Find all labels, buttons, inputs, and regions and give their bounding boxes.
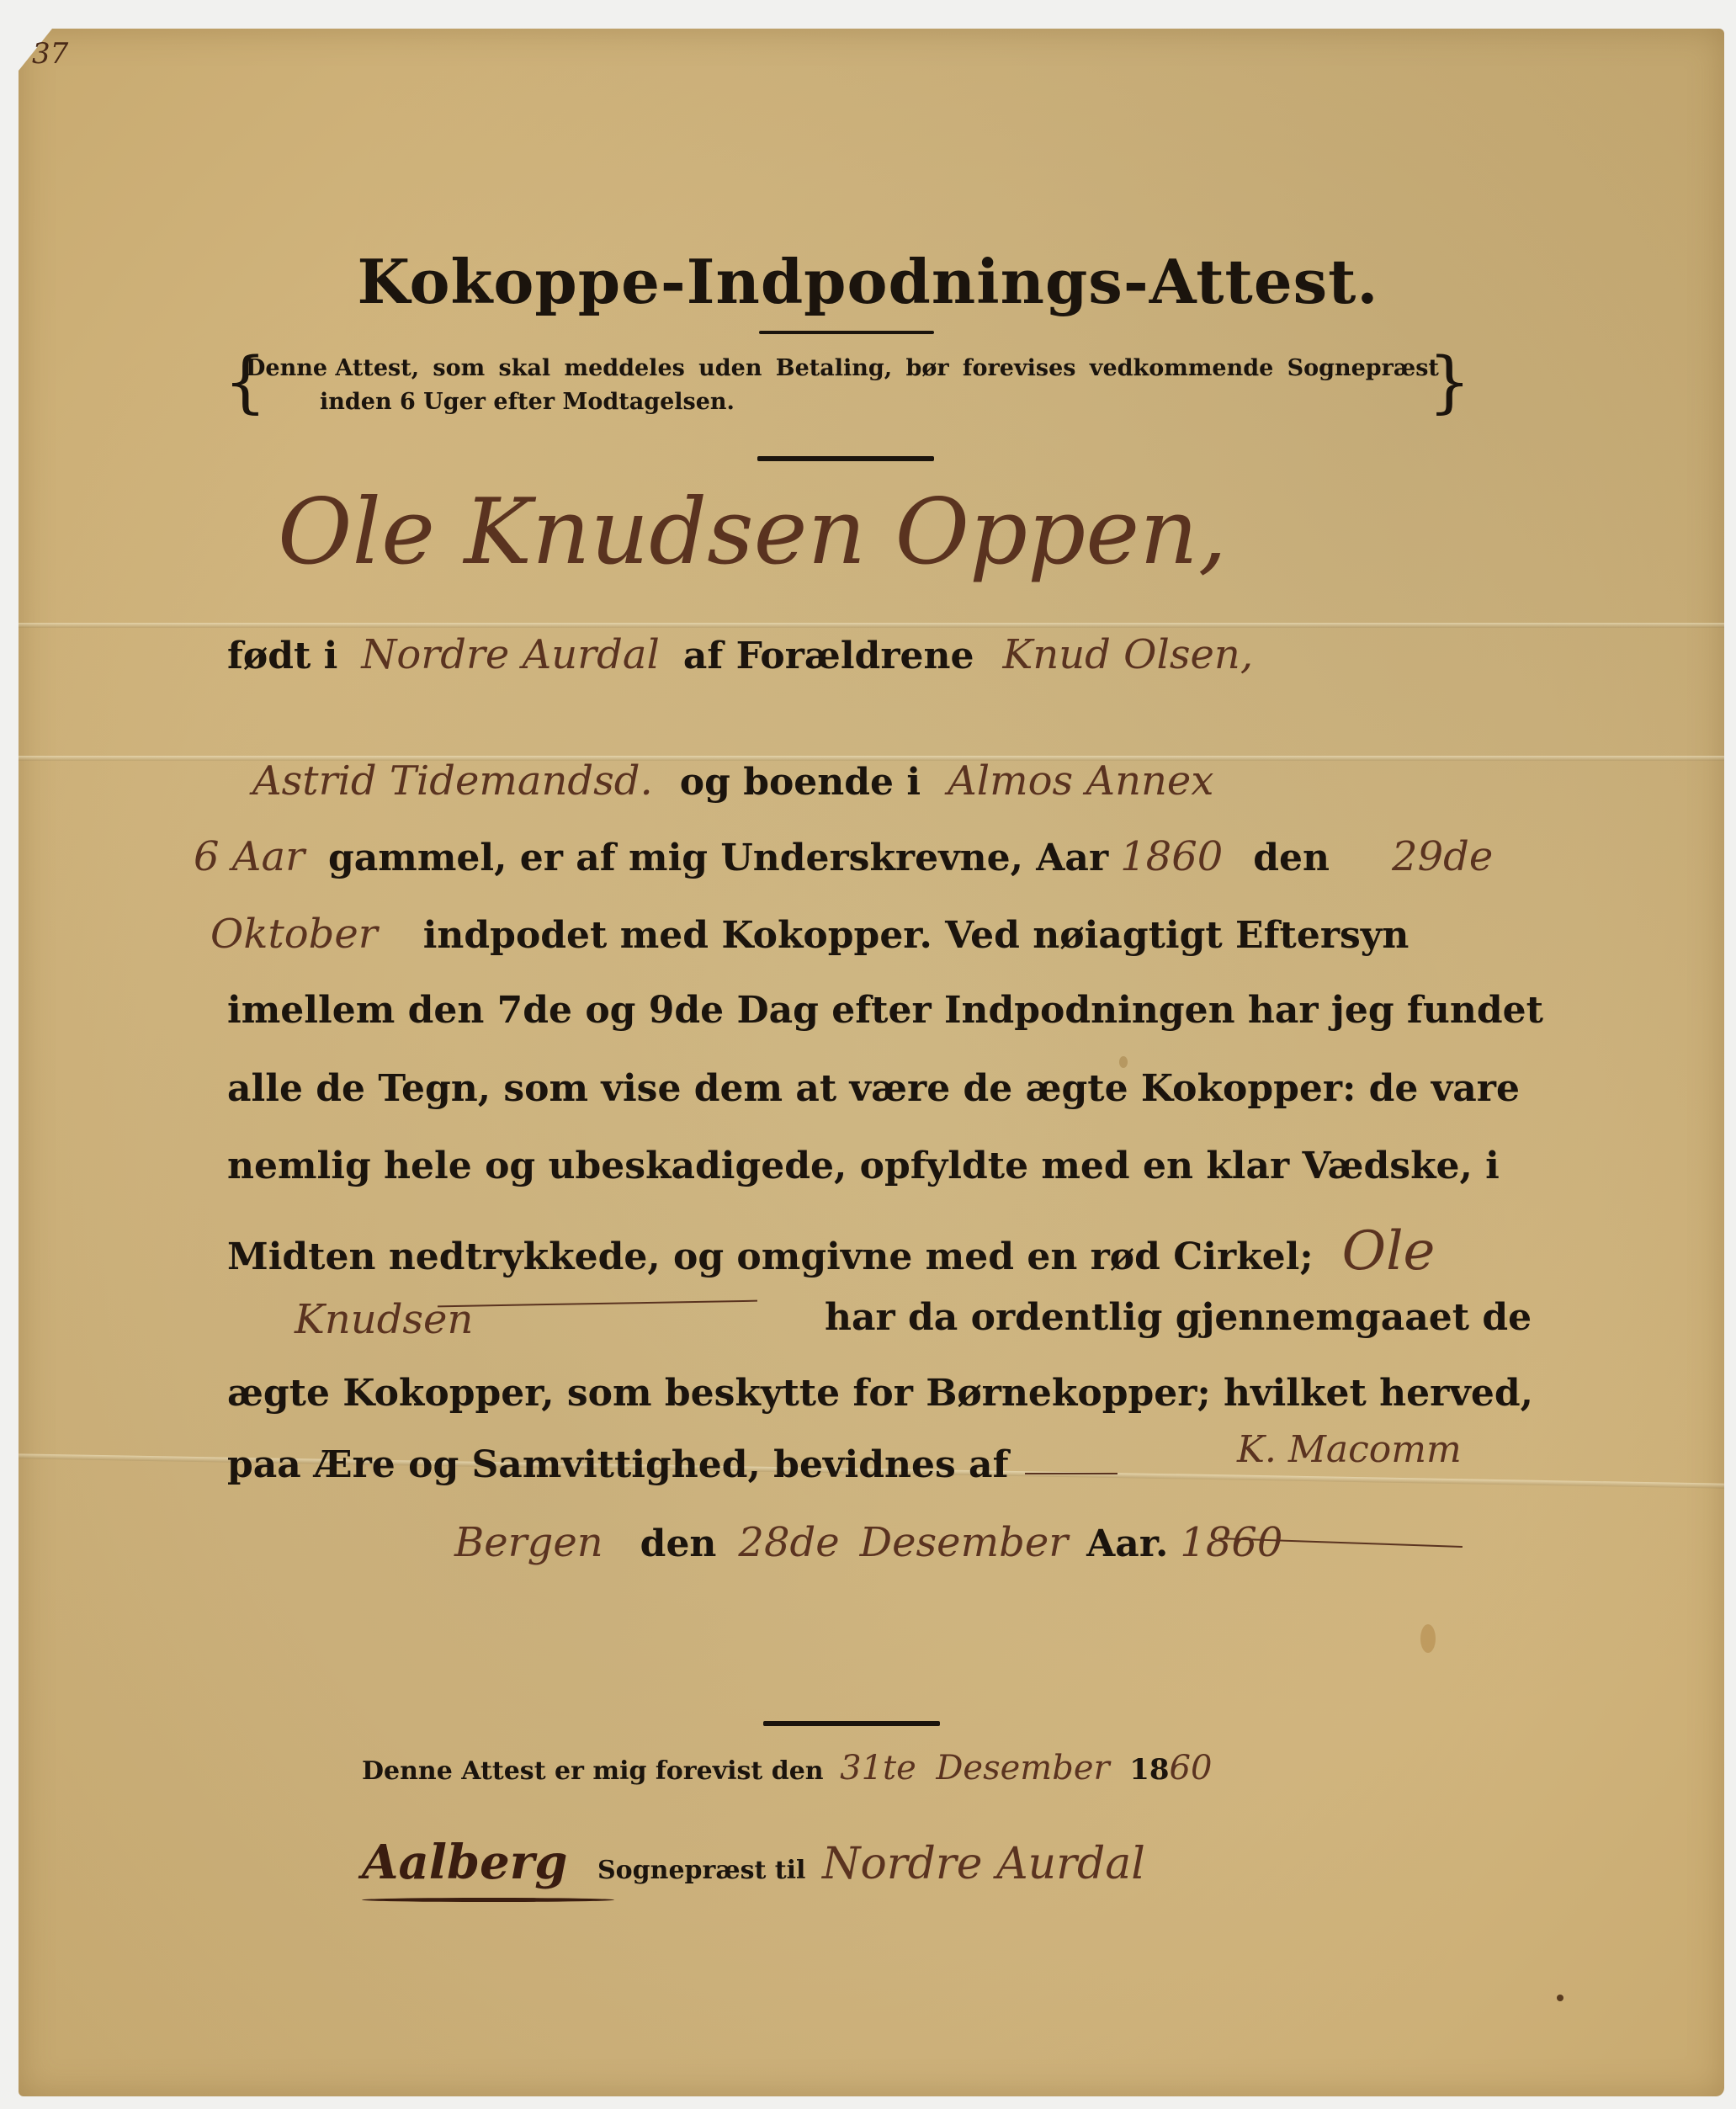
document-title: Kokoppe-Indpodnings-Attest. — [0, 246, 1736, 317]
inoculation-month: Oktober — [210, 911, 378, 958]
label-residing: og boende i — [680, 761, 921, 804]
inoculation-year: 1860 — [1120, 833, 1223, 880]
note-line-2: inden 6 Uger efter Modtagelsen. — [227, 385, 1464, 419]
patient-surname: Knudsen — [295, 1296, 473, 1343]
residence: Almos Annex — [948, 757, 1213, 805]
footer-shown: Denne Attest er mig forevist den 31te De… — [362, 1749, 1372, 1788]
footer-rule — [763, 1721, 940, 1726]
note-word: Betaling, — [776, 352, 892, 385]
shown-year-printed: 18 — [1129, 1753, 1169, 1787]
section-rule — [757, 456, 934, 461]
shown-day: 31te — [840, 1749, 916, 1788]
place: Bergen — [454, 1519, 603, 1566]
circle-text: Midten nedtrykkede, og omgivne med en rø… — [227, 1235, 1314, 1278]
body-line-1: imellem den 7de og 9de Dag efter Indpodn… — [227, 989, 1456, 1032]
stain — [1557, 1995, 1563, 2001]
title-rule — [759, 331, 934, 334]
note-word: uden — [698, 352, 762, 385]
right-brace: } — [1428, 348, 1471, 416]
issue-day: 28de — [738, 1519, 839, 1566]
shown-month: Desember — [936, 1749, 1109, 1788]
priest-signature-flourish — [362, 1898, 614, 1902]
shown-text: Denne Attest er mig forevist den — [362, 1756, 824, 1786]
line-month: Oktober indpodet med Kokopper. Ved nøiag… — [227, 911, 1456, 958]
note-word: meddeles — [565, 352, 685, 385]
line-circle: Midten nedtrykkede, og omgivne med en rø… — [227, 1220, 1456, 1283]
note-word: Denne Attest, — [246, 352, 419, 385]
line-date: Bergen den 28de Desember Aar. 1860 — [227, 1519, 1456, 1566]
fold-crease — [19, 623, 1724, 628]
month-text: indpodet med Kokopper. Ved nøiagtigt Eft… — [423, 914, 1410, 957]
note-word: forevises — [963, 352, 1076, 385]
issue-month: Desember — [860, 1519, 1069, 1566]
page-number: 37 — [32, 37, 68, 71]
line-mother: Astrid Tidemandsd. og boende i Almos Ann… — [227, 757, 1456, 805]
father-name: Knud Olsen, — [1002, 631, 1253, 678]
line-passed: Knudsen har da ordentlig gjennemgaaet de — [227, 1296, 1456, 1343]
line-attest: paa Ære og Samvittighed, bevidnes af K. … — [227, 1443, 1456, 1486]
line-age: 6 Aar gammel, er af mig Underskrevne, Aa… — [227, 833, 1456, 880]
patient-first-name: Ole — [1342, 1220, 1436, 1283]
mother-name: Astrid Tidemandsd. — [252, 757, 653, 805]
signature-line — [1025, 1473, 1118, 1474]
left-brace: { — [224, 348, 267, 416]
issue-year: 1860 — [1180, 1519, 1282, 1566]
note-word: bør — [905, 352, 948, 385]
stain — [1119, 1056, 1128, 1068]
footer-priest: Aalberg Sognepræst til Nordre Aurdal — [362, 1835, 1456, 1890]
body-line-3: nemlig hele og ubeskadigede, opfyldte me… — [227, 1145, 1456, 1187]
shown-year-hand: 60 — [1170, 1749, 1213, 1788]
priest-signature: Aalberg — [362, 1835, 567, 1890]
label-year: Aar. — [1086, 1522, 1168, 1565]
note-word: som — [433, 352, 485, 385]
note-word: vedkommende — [1090, 352, 1273, 385]
priest-label: Sognepræst til — [597, 1856, 805, 1885]
label-den: den — [1253, 837, 1330, 879]
doctor-signature: K. Macomm — [1237, 1428, 1462, 1471]
note-word: Sognepræst — [1287, 352, 1439, 385]
body-line-2: alle de Tegn, som vise dem at være de æg… — [227, 1067, 1456, 1110]
parish: Nordre Aurdal — [822, 1839, 1145, 1889]
patient-name: Ole Knudsen Oppen, — [278, 480, 1227, 585]
note-word: skal — [499, 352, 551, 385]
line-born: født i Nordre Aurdal af Forældrene Knud … — [227, 631, 1456, 678]
birthplace: Nordre Aurdal — [361, 631, 659, 678]
attest-text: paa Ære og Samvittighed, bevidnes af — [227, 1443, 1009, 1486]
label-den: den — [640, 1522, 717, 1565]
line-protect: ægte Kokopper, som beskytte for Børnekop… — [227, 1372, 1456, 1415]
passed-text: har da ordentlig gjennemgaaet de — [825, 1296, 1532, 1339]
age-text: gammel, er af mig Underskrevne, Aar — [328, 837, 1108, 879]
label-born: født i — [227, 635, 337, 677]
inoculation-day: 29de — [1392, 833, 1493, 880]
age: 6 Aar — [194, 833, 305, 880]
stain — [1420, 1624, 1436, 1653]
label-parents: af Forældrene — [683, 635, 974, 677]
instruction-note: { } Denne Attest, som skal meddeles uden… — [227, 352, 1464, 419]
